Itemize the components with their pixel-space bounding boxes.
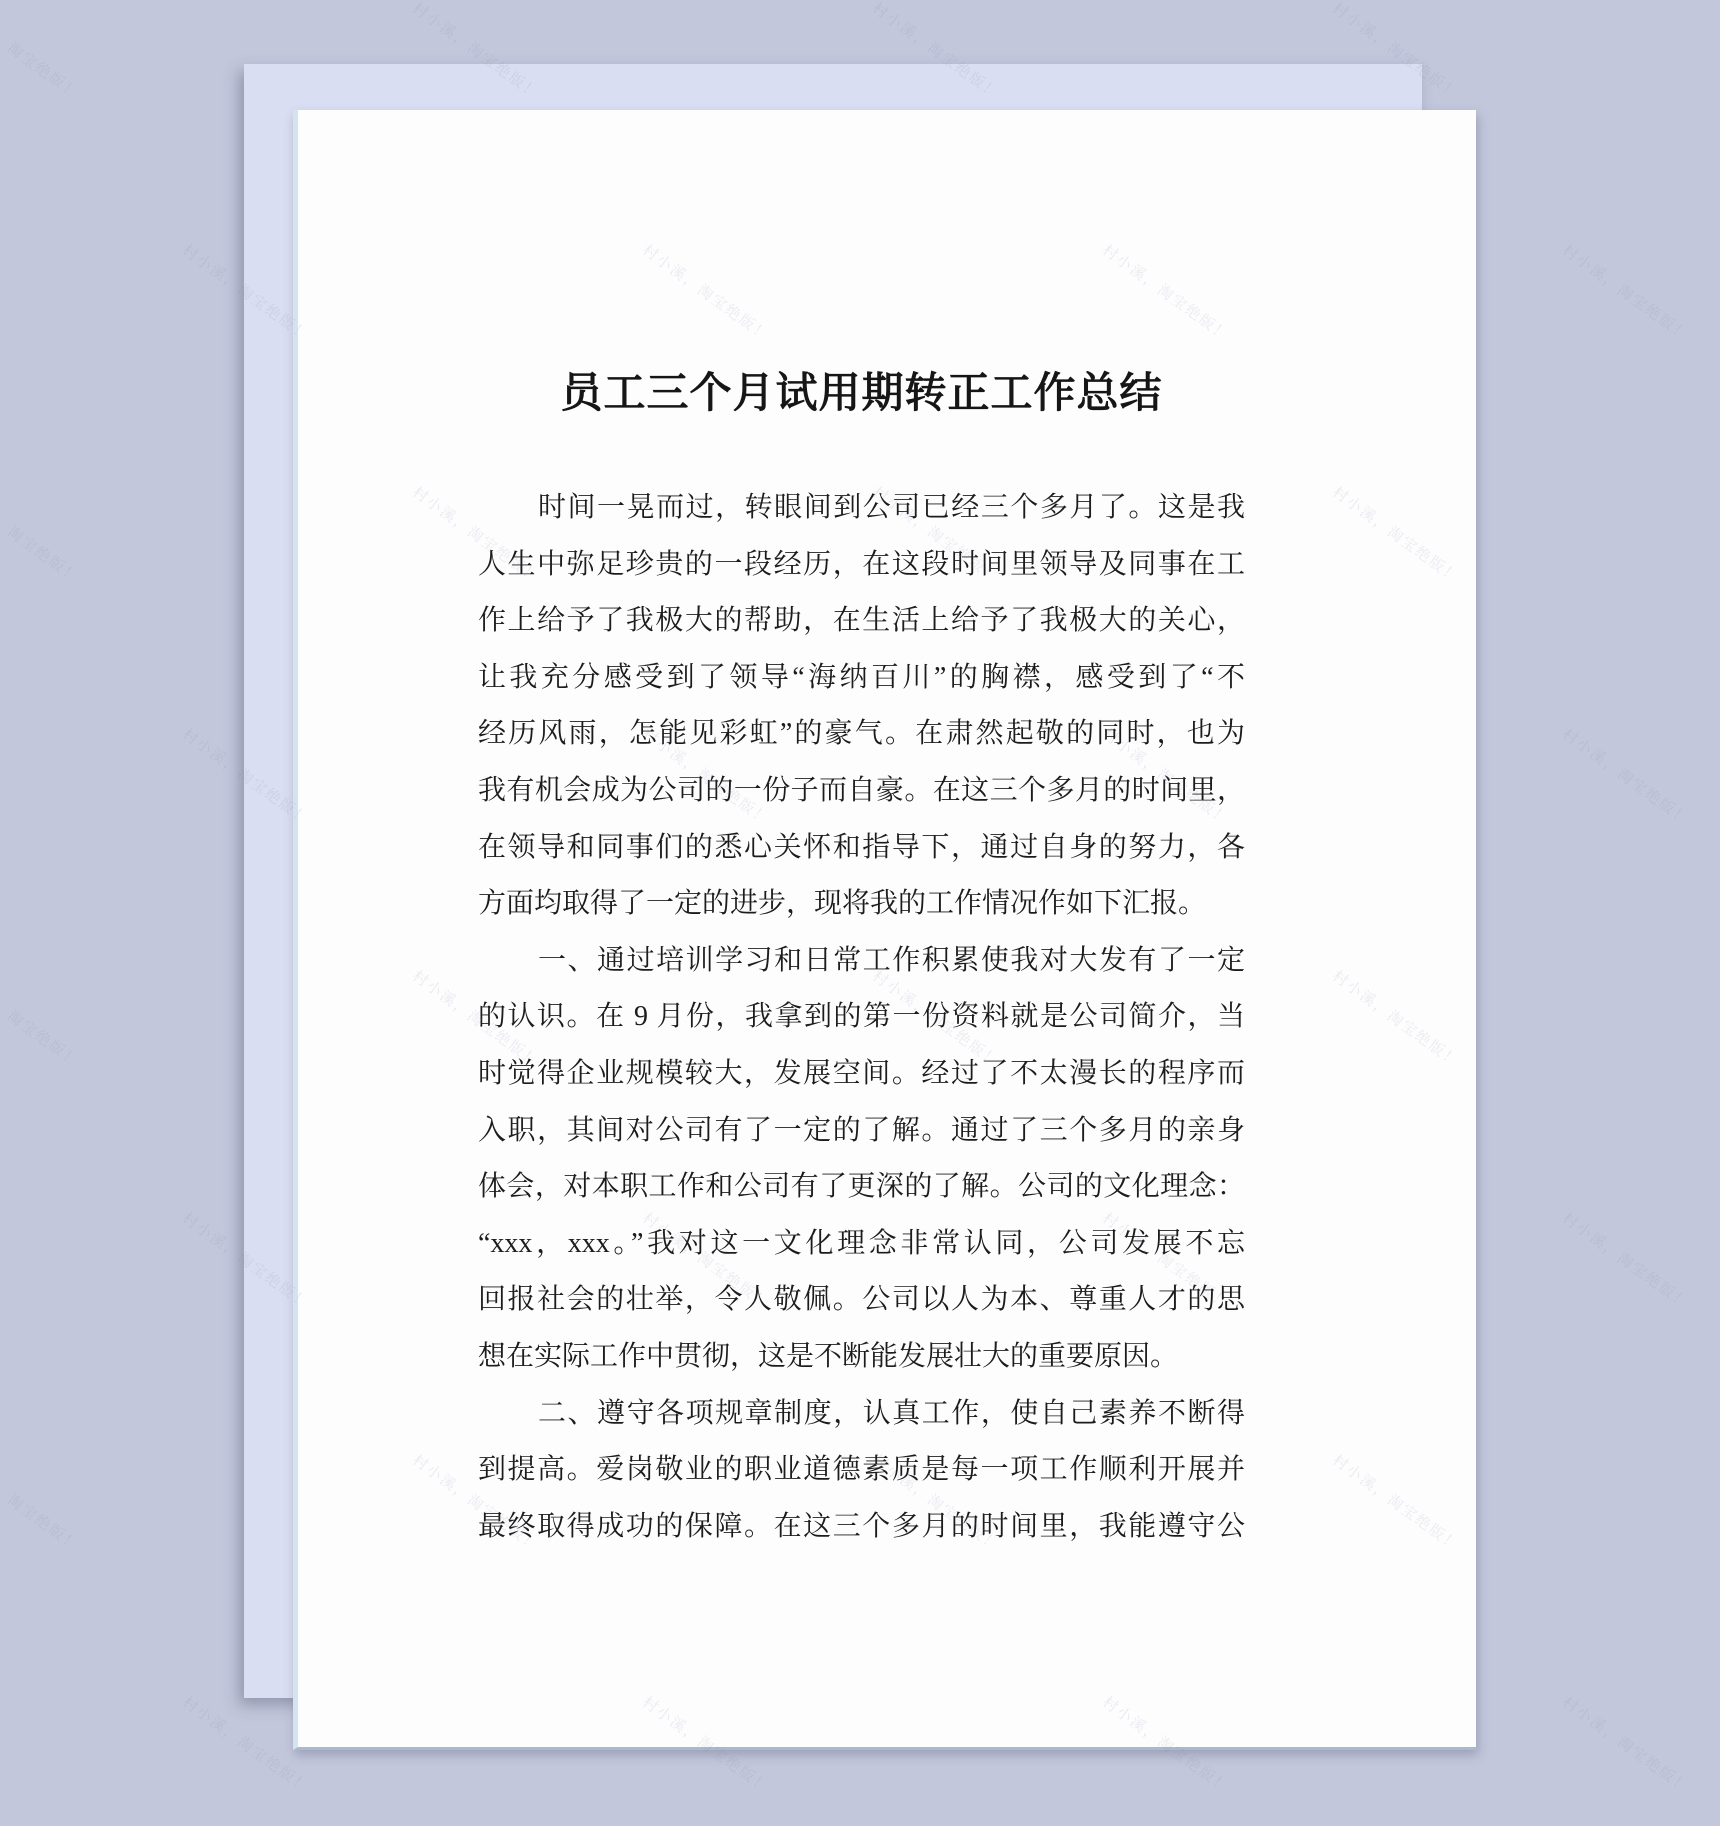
watermark-text: 村小溪，淘宝绝版！ [1558,239,1694,346]
body-line: 作上给予了我极大的帮助，在生活上给予了我极大的关心， [478,593,1245,650]
document-title: 员工三个月试用期转正工作总结 [478,360,1245,420]
document-preview-canvas: 员工三个月试用期转正工作总结 时间一晃而过，转眼间到公司已经三个多月了。这是我人… [0,0,1720,1826]
body-line: 入职，其间对公司有了一定的了解。通过了三个多月的亲身 [478,1103,1245,1160]
body-line: 到提高。爱岗敬业的职业道德素质是每一项工作顺利开展并 [478,1442,1245,1499]
watermark-text: 村小溪，淘宝绝版！ [1558,1691,1694,1798]
body-line: 最终取得成功的保障。在这三个多月的时间里，我能遵守公 [478,1499,1245,1556]
watermark-text: 村小溪，淘宝绝版！ [0,481,85,588]
document-page: 员工三个月试用期转正工作总结 时间一晃而过，转眼间到公司已经三个多月了。这是我人… [293,110,1476,1750]
body-line: 时间一晃而过，转眼间到公司已经三个多月了。这是我 [478,480,1245,537]
body-line: 在领导和同事们的悉心关怀和指导下，通过自身的努力，各 [478,820,1245,877]
body-line: 经历风雨，怎能见彩虹”的豪气。在肃然起敬的同时，也为 [478,706,1245,763]
body-line: 方面均取得了一定的进步，现将我的工作情况作如下汇报。 [478,876,1245,933]
body-line: 的认识。在 9 月份，我拿到的第一份资料就是公司简介，当 [478,989,1245,1046]
body-line: 体会，对本职工作和公司有了更深的了解。公司的文化理念： [478,1159,1245,1216]
watermark-text: 村小溪，淘宝绝版！ [1558,1207,1694,1314]
body-line: 人生中弥足珍贵的一段经历，在这段时间里领导及同事在工 [478,537,1245,594]
body-line: 时觉得企业规模较大，发展空间。经过了不太漫长的程序而 [478,1046,1245,1103]
paragraph: 二、遵守各项规章制度，认真工作，使自己素养不断得到提高。爱岗敬业的职业道德素质是… [478,1386,1245,1556]
paragraph: 时间一晃而过，转眼间到公司已经三个多月了。这是我人生中弥足珍贵的一段经历，在这段… [478,480,1245,933]
body-line: 想在实际工作中贯彻，这是不断能发展壮大的重要原因。 [478,1329,1245,1386]
document-body: 时间一晃而过，转眼间到公司已经三个多月了。这是我人生中弥足珍贵的一段经历，在这段… [478,480,1245,1555]
watermark-text: 村小溪，淘宝绝版！ [0,965,85,1072]
body-line: 回报社会的壮举，令人敬佩。公司以人为本、尊重人才的思 [478,1272,1245,1329]
watermark-text: 村小溪，淘宝绝版！ [0,1449,85,1556]
body-line: 我有机会成为公司的一份子而自豪。在这三个多月的时间里， [478,763,1245,820]
body-line: 让我充分感受到了领导“海纳百川”的胸襟，感受到了“不 [478,650,1245,707]
body-line: 二、遵守各项规章制度，认真工作，使自己素养不断得 [478,1386,1245,1443]
body-line: 一、通过培训学习和日常工作积累使我对大发有了一定 [478,933,1245,990]
body-line: “xxx，xxx。”我对这一文化理念非常认同，公司发展不忘 [478,1216,1245,1273]
paragraph: 一、通过培训学习和日常工作积累使我对大发有了一定的认识。在 9 月份，我拿到的第… [478,933,1245,1386]
watermark-text: 村小溪，淘宝绝版！ [1558,723,1694,830]
watermark-text: 村小溪，淘宝绝版！ [0,0,85,104]
